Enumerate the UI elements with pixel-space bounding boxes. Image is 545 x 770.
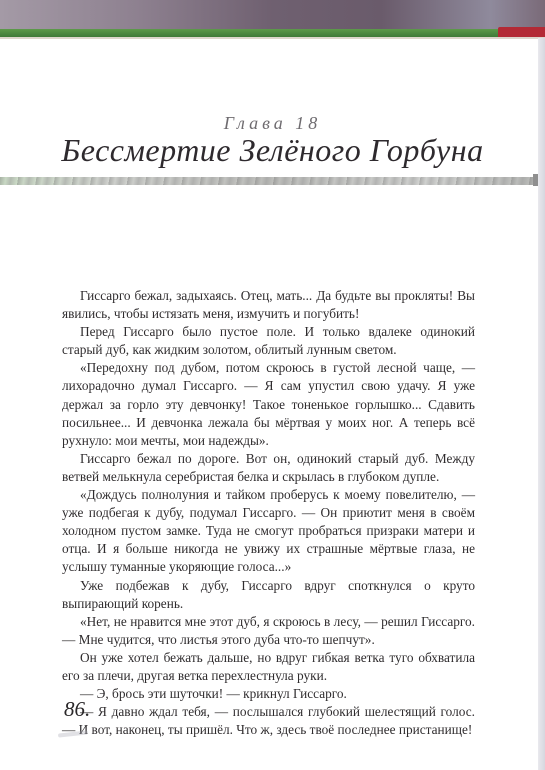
page-top-edge [0,37,545,39]
paragraph: Перед Гиссарго было пустое поле. И тольк… [62,323,475,359]
paragraph: Гиссарго бежал по дороге. Вот он, одинок… [62,450,475,486]
chapter-title: Бессмертие Зелёного Горбуна [0,132,545,169]
paragraph: Гиссарго бежал, задыхаясь. Отец, мать...… [62,287,475,323]
paragraph: — Э, брось эти шуточки! — крикнул Гиссар… [62,685,475,703]
paragraph: Он уже хотел бежать дальше, но вдруг гиб… [62,649,475,685]
paragraph: «Дождусь полнолуния и тайком проберусь к… [62,486,475,576]
page-number: 86. [64,697,90,722]
paragraph: Уже подбежав к дубу, Гиссарго вдруг спот… [62,577,475,613]
book-cover-edge [0,0,545,29]
chapter-body: Гиссарго бежал, задыхаясь. Отец, мать...… [62,287,475,739]
paragraph: «Передохну под дубом, потом скроюсь в гу… [62,359,475,449]
decorative-divider-end [533,174,538,186]
red-cover-corner [498,27,545,37]
paragraph: — Я давно ждал тебя, — послышался глубок… [62,703,475,739]
decorative-divider [0,177,538,185]
green-spine-band [0,29,498,37]
paragraph: «Нет, не нравится мне этот дуб, я скроюс… [62,613,475,649]
chapter-label: Глава 18 [0,113,545,134]
